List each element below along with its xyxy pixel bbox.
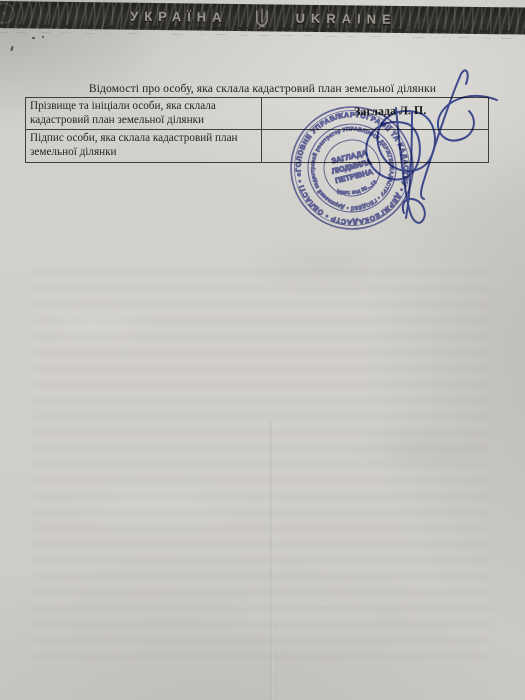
bleed-through-texture [34,268,491,658]
ink-speck [32,37,35,39]
security-band: УКРАЇНА UKRAINE [0,1,525,35]
row-label-surname: Прізвище та ініціали особи, яка склала к… [26,98,262,130]
tryzub-emblem-icon [253,8,269,29]
ink-speck [10,46,13,51]
ink-speck [42,36,44,38]
row-label-signature: Підпис особи, яка склала кадастровий пла… [26,130,262,162]
scanned-document-page: УКРАЇНА UKRAINE Відомості про особу, яка… [0,0,525,700]
paper-crease [269,420,273,700]
band-text-ukraina: УКРАЇНА [130,9,227,25]
handwritten-signature [320,58,510,238]
band-text-ukraine: UKRAINE [295,11,396,27]
